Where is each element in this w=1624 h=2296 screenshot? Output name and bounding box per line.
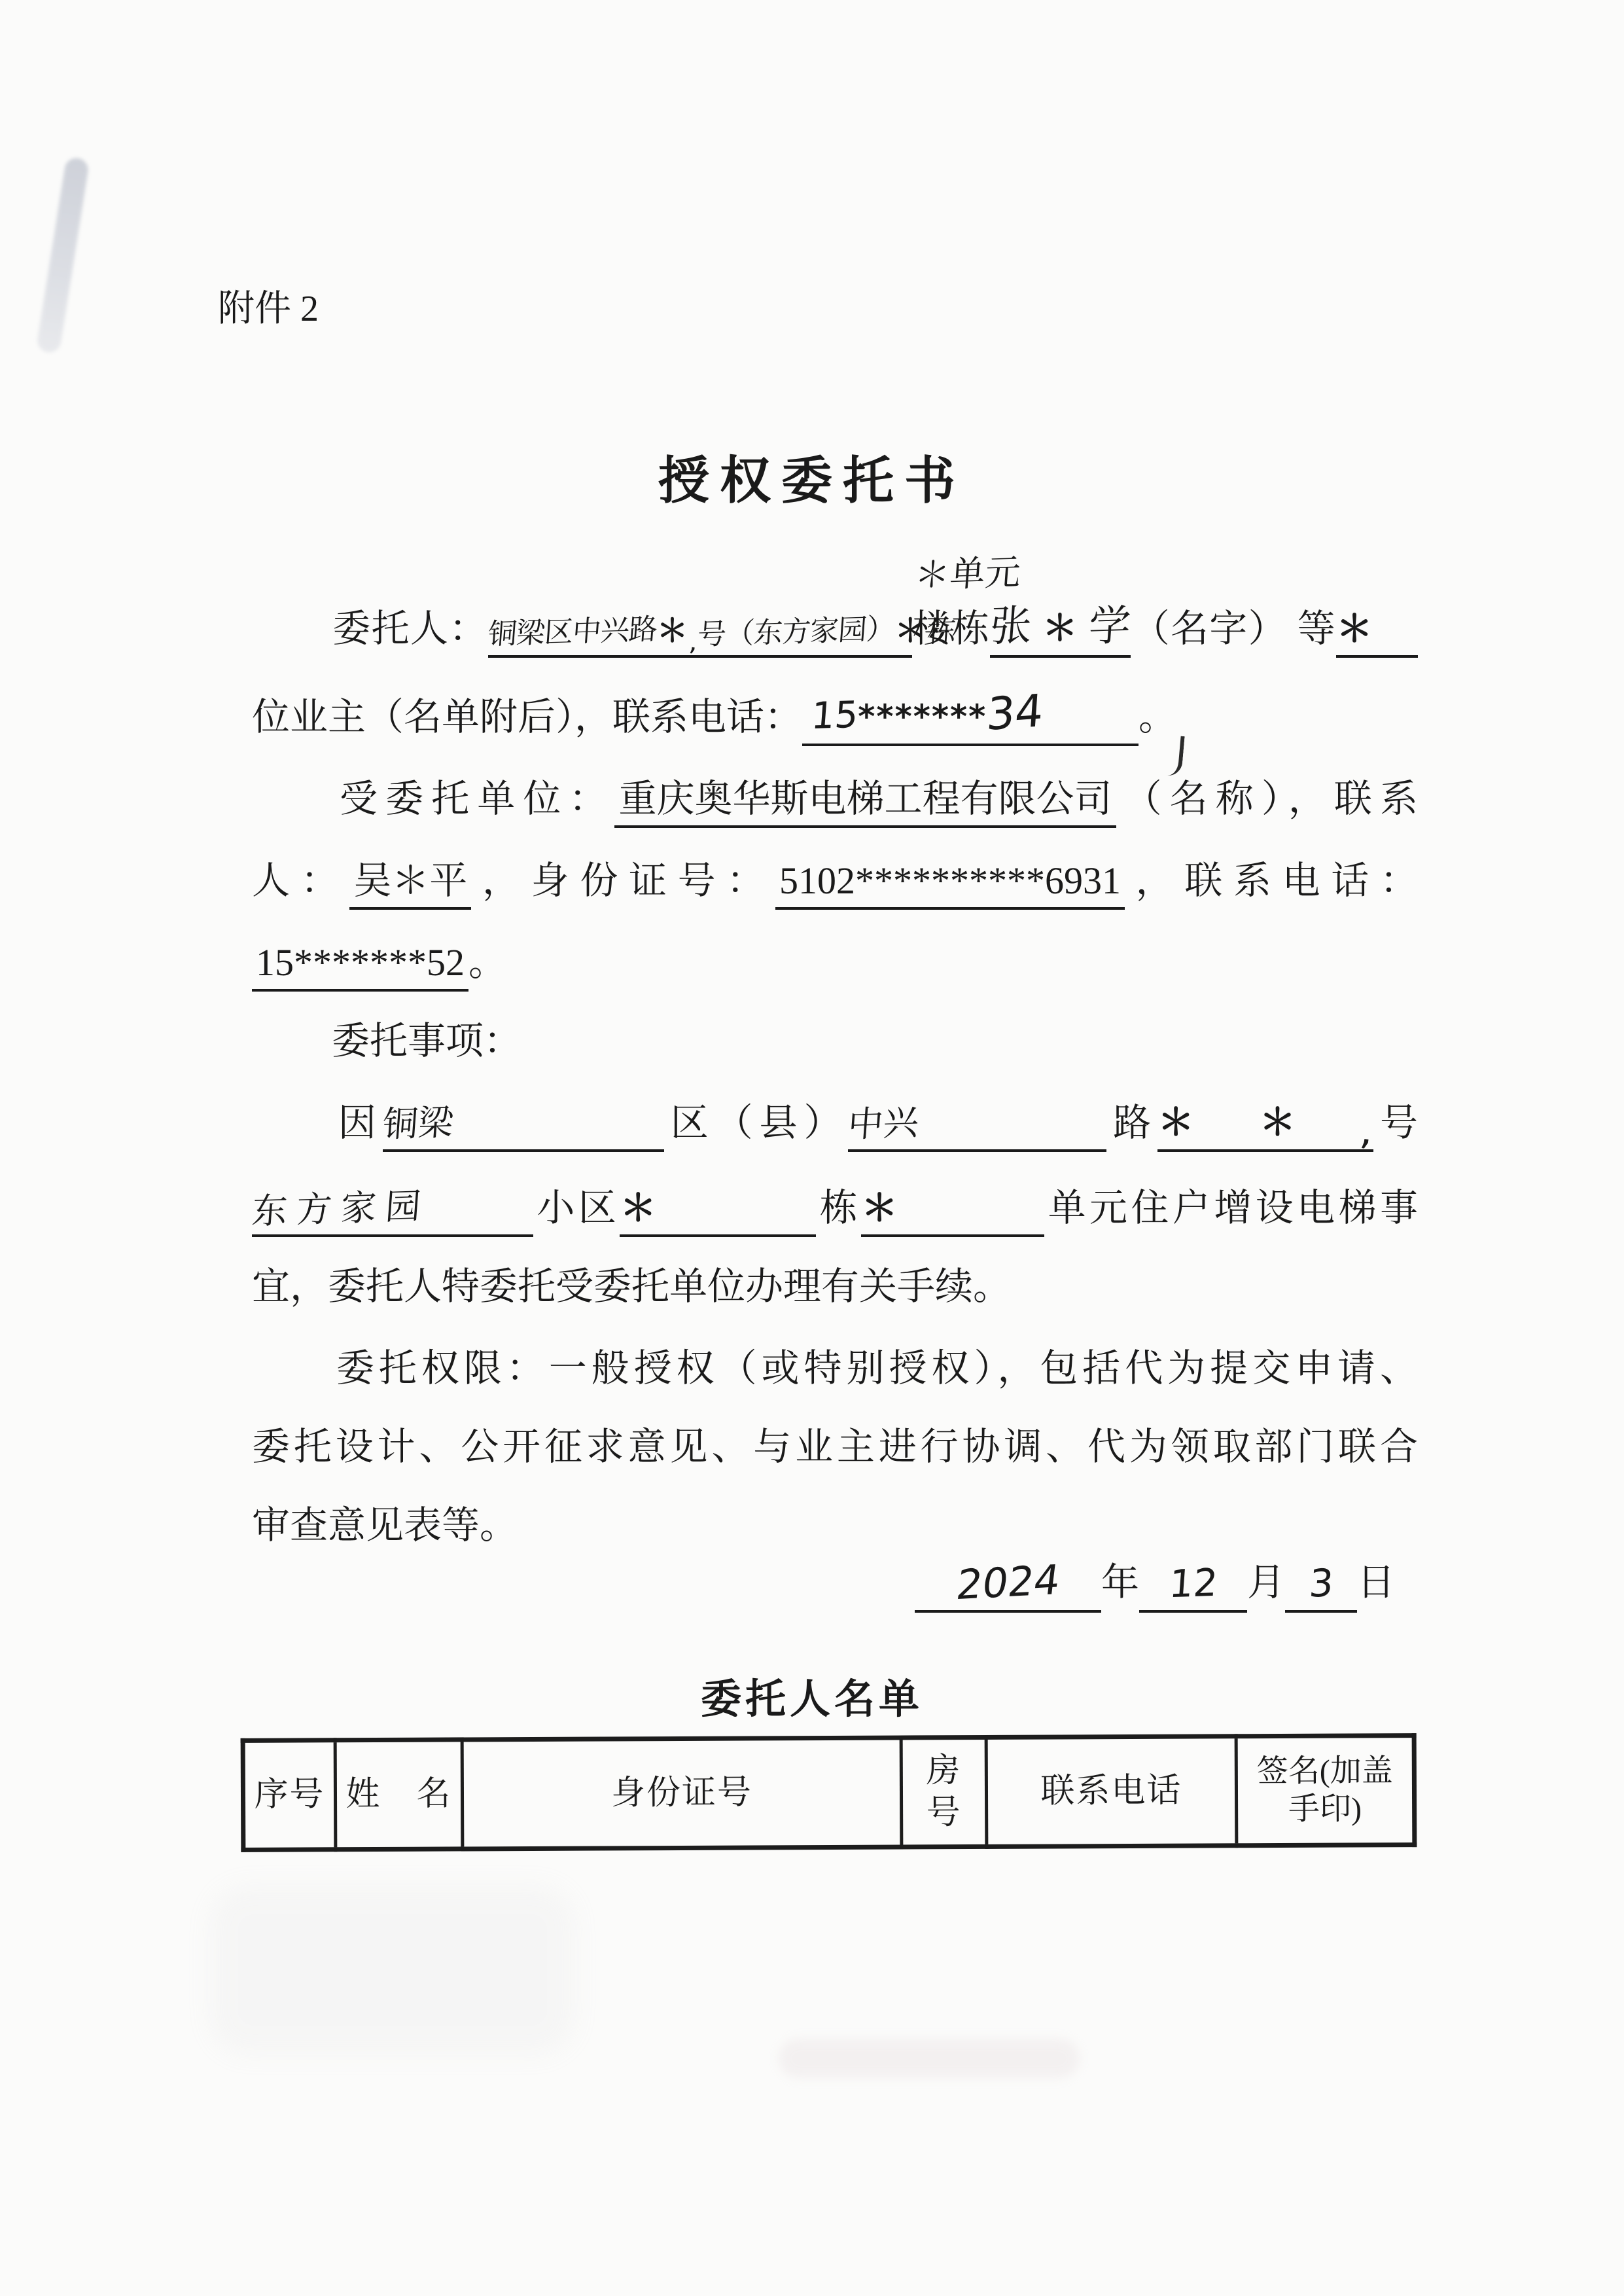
reason-district-word: 区（县） — [664, 1102, 848, 1144]
date-line: 2024年12月3日 — [915, 1552, 1419, 1613]
district-blank: 铜梁 — [383, 1100, 664, 1153]
owner-count-mask: ＊ — [1336, 608, 1374, 651]
scan-streak-artifact — [36, 156, 90, 354]
client-line-1: 委托人：铜梁区中兴路＊,号（东方家园）＊栋楼栋张＊学（名字） 等＊ — [252, 600, 1418, 658]
agent-id-number: 5102**********6931 — [775, 857, 1125, 910]
authority-line-3: 审查意见表等。 — [252, 1497, 1418, 1554]
agent-line-3: 15*******52。 — [252, 934, 1418, 992]
scanned-authorization-letter: 附件 2 授权委托书 ＊单元 委托人：铜梁区中兴路＊,号（东方家园）＊栋楼栋张＊… — [0, 0, 1624, 2296]
agent-line2-mid: ，身份证号： — [471, 859, 775, 902]
date-year-blank: 2024 — [915, 1557, 1101, 1613]
client-line2-period: 。 — [1139, 696, 1176, 738]
name-mask: ＊ — [1032, 607, 1089, 649]
roster-header-phone: 联系电话 — [986, 1736, 1237, 1847]
roster-header-room: 房号 — [901, 1737, 987, 1847]
client-address-blank: 铜梁区中兴路＊,号（东方家园）＊栋 — [488, 605, 912, 658]
printed-name-hint: （名字） 等 — [1131, 607, 1336, 650]
client-phone-blank: 15*******34 — [802, 685, 1139, 746]
roster-header-id: 身份证号 — [462, 1738, 902, 1849]
continuation-line: 宜，委托人特委托受委托单位办理有关手续。 — [252, 1258, 1418, 1316]
estate-handwriting: 东方家园 — [251, 1183, 432, 1233]
authority-line1-text: 委托权限：一般授权（或特别授权），包括代为提交申请、 — [332, 1347, 1418, 1390]
authority-line-1: 委托权限：一般授权（或特别授权），包括代为提交申请、 — [252, 1340, 1418, 1397]
client-label: 委托人： — [332, 607, 488, 650]
unit-blank: ＊ — [861, 1185, 1044, 1238]
estate-blank: 东方家园 — [252, 1185, 533, 1238]
agent-line-2: 人：吴＊平，身份证号：5102**********6931，联系电话： — [252, 852, 1418, 910]
roster-header-signature: 签名(加盖手印) — [1236, 1736, 1415, 1846]
owner-count-blank: ＊ — [1336, 605, 1418, 658]
estate-line-tail: 单元住户增设电梯事 — [1044, 1187, 1418, 1229]
date-day-blank: 3 — [1285, 1560, 1357, 1613]
client-name-blank: 张＊学 — [990, 600, 1131, 658]
date-day-label-text: 日 — [1357, 1561, 1395, 1604]
insert-unit-text: ＊单元 — [913, 544, 1023, 598]
road-number-mask: ＊＊ — [1157, 1102, 1361, 1144]
roster-title: 委托人名单 — [0, 1671, 1624, 1729]
authority-line-2: 委托设计、公开征求意见、与业主进行协调、代为领取部门联合 — [252, 1418, 1418, 1476]
agent-label: 受委托单位： — [332, 778, 614, 820]
building-mask: ＊ — [620, 1187, 658, 1230]
roster-header-serial: 序号 — [243, 1740, 336, 1850]
reason-yin: 因 — [332, 1102, 383, 1144]
date-day-handwriting: 3 — [1307, 1559, 1335, 1607]
matters-label: 委托事项： — [332, 1020, 521, 1062]
name-handwriting-2: 学 — [1087, 600, 1133, 653]
agent-line-1: 受委托单位：重庆奥华斯电梯工程有限公司（名称），联系 — [252, 770, 1418, 828]
agent-phone-underlined: 15*******52 — [252, 939, 468, 992]
date-month-handwriting: 12 — [1167, 1558, 1219, 1607]
scan-smudge-artifact — [779, 2039, 1080, 2078]
agent-company-underlined: 重庆奥华斯电梯工程有限公司 — [614, 776, 1116, 829]
roster-table: 序号 姓 名 身份证号 房号 联系电话 签名(加盖手印) — [241, 1733, 1417, 1852]
address-handwriting-3: 栋 — [926, 613, 957, 651]
district-handwriting: 铜梁 — [381, 1100, 455, 1147]
scan-ghost-artifact — [209, 1885, 576, 2055]
date-year-handwriting: 2024 — [953, 1554, 1063, 1610]
phone-hw-suffix: 34 — [985, 683, 1045, 744]
unit-mask: ＊ — [861, 1187, 899, 1230]
address-handwriting-1: 铜梁区中兴路 — [487, 611, 658, 652]
agent-line2-tail: ，联系电话： — [1125, 859, 1418, 902]
address-mask-1: ＊ — [657, 613, 690, 649]
address-handwriting-2: 号（东方家园） — [696, 611, 896, 653]
phone-mask: ******* — [858, 698, 987, 736]
matters-label-line: 委托事项： — [252, 1013, 1498, 1070]
handwritten-insert-unit: ＊单元 — [915, 546, 1021, 596]
agent-line1-tail: （名称），联系 — [1116, 778, 1418, 820]
attachment-label: 附件 2 — [218, 280, 610, 338]
reason-line: 因铜梁区（县）中兴路＊＊,号 — [252, 1094, 1418, 1152]
road-blank: 中兴 — [848, 1100, 1106, 1153]
roster-header-name: 姓 名 — [335, 1740, 463, 1850]
building-blank: ＊ — [620, 1185, 816, 1238]
name-handwriting-1: 张 — [988, 600, 1034, 653]
estate-line: 东方家园小区＊栋＊单元住户增设电梯事 — [252, 1179, 1418, 1237]
reason-road-word: 路 — [1106, 1102, 1157, 1144]
phone-hw-prefix: 15 — [809, 692, 859, 740]
date-year-label: 年 — [1101, 1561, 1139, 1604]
document-title: 授权委托书 — [0, 452, 1624, 509]
road-number-blank: ＊＊, — [1157, 1098, 1373, 1152]
road-handwriting: 中兴 — [847, 1100, 921, 1147]
agent-contact-name: 吴＊平 — [349, 857, 471, 910]
building-word: 栋 — [816, 1187, 861, 1229]
date-month-label: 月 — [1247, 1561, 1285, 1604]
estate-word: 小区 — [533, 1187, 620, 1229]
roster-header-row: 序号 姓 名 身份证号 房号 联系电话 签名(加盖手印) — [243, 1736, 1415, 1850]
client-line-2: 位业主（名单附后），联系电话：15*******34。 — [252, 685, 1418, 746]
reason-number-word: 号 — [1373, 1102, 1418, 1144]
agent-line3-period: 。 — [468, 941, 506, 984]
date-month-blank: 12 — [1139, 1560, 1247, 1613]
agent-line2-pre: 人： — [252, 859, 349, 902]
client-line2-printed: 位业主（名单附后），联系电话： — [252, 696, 802, 738]
